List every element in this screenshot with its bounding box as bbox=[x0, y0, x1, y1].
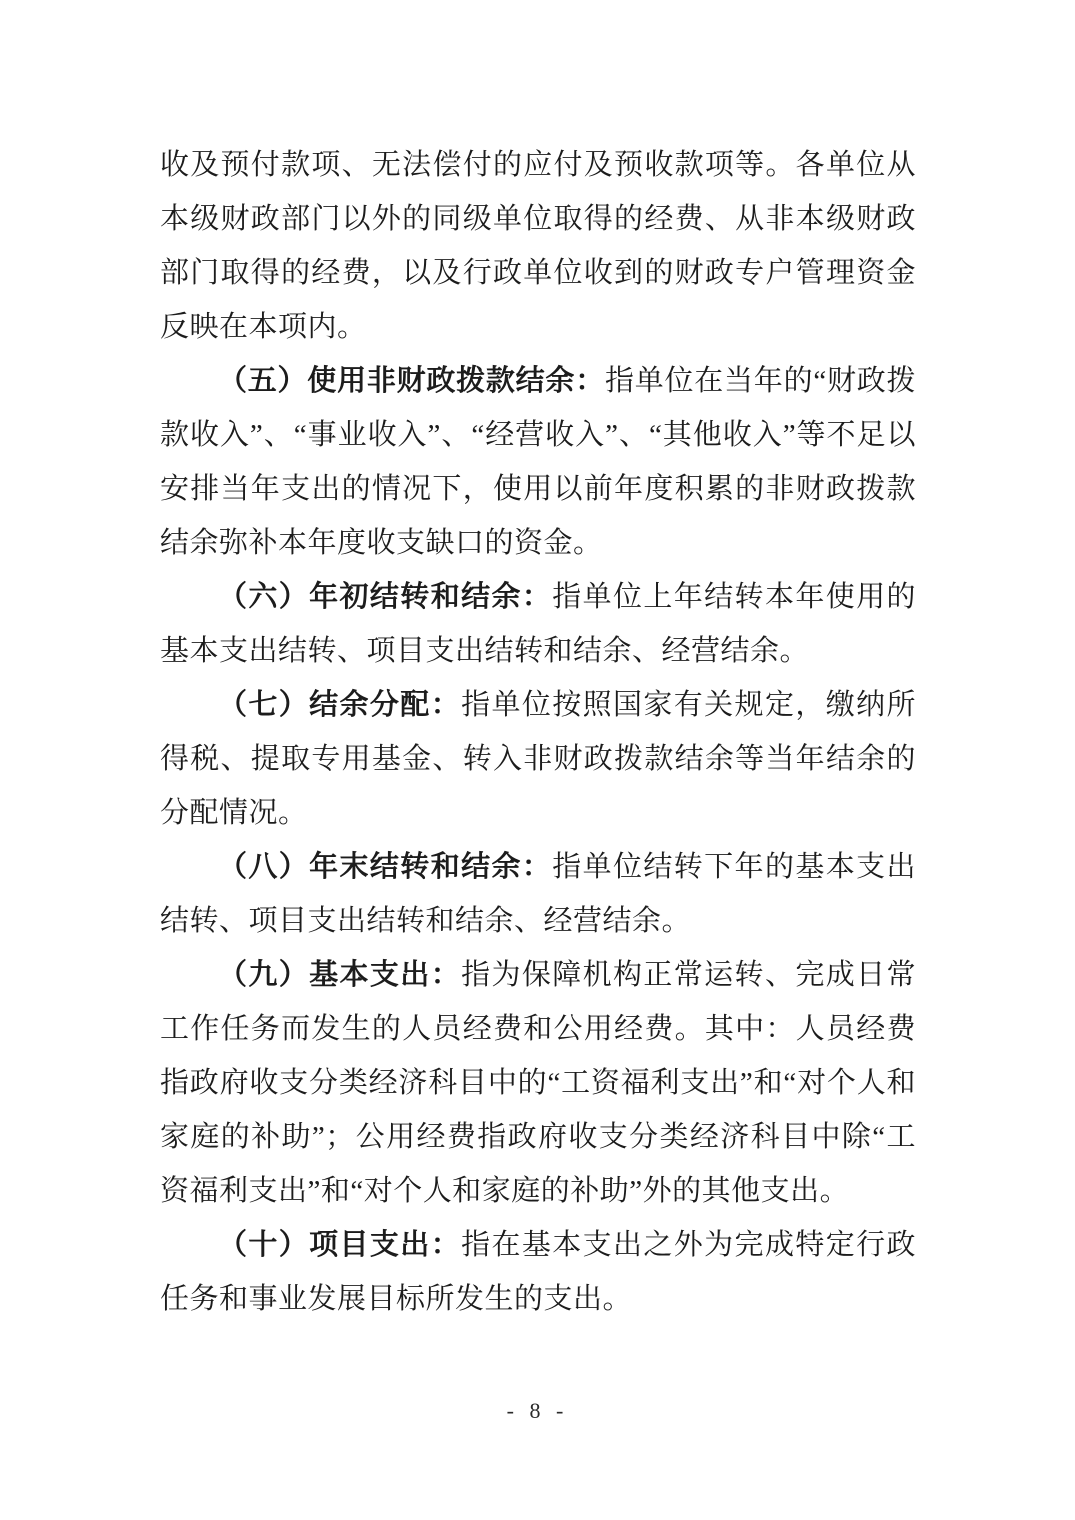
paragraph-item-6: （六）年初结转和结余：指单位上年结转本年使用的基本支出结转、项目支出结转和结余、… bbox=[160, 570, 916, 678]
paragraph-heading: （十）项目支出： bbox=[218, 1229, 461, 1261]
paragraph-item-8: （八）年末结转和结余：指单位结转下年的基本支出结转、项目支出结转和结余、经营结余… bbox=[160, 840, 916, 948]
paragraph-item-10: （十）项目支出：指在基本支出之外为完成特定行政任务和事业发展目标所发生的支出。 bbox=[160, 1218, 916, 1326]
document-body: 收及预付款项、无法偿付的应付及预收款项等。各单位从本级财政部门以外的同级单位取得… bbox=[160, 138, 916, 1326]
page-footer: - 8 - bbox=[0, 1398, 1075, 1424]
paragraph-text: 指为保障机构正常运转、完成日常工作任务而发生的人员经费和公用经费。其中：人员经费… bbox=[160, 959, 916, 1207]
paragraph-heading: （五）使用非财政拨款结余： bbox=[218, 365, 605, 397]
document-page: 收及预付款项、无法偿付的应付及预收款项等。各单位从本级财政部门以外的同级单位取得… bbox=[0, 0, 1075, 1520]
paragraph-item-9: （九）基本支出：指为保障机构正常运转、完成日常工作任务而发生的人员经费和公用经费… bbox=[160, 948, 916, 1218]
paragraph-item-5: （五）使用非财政拨款结余：指单位在当年的“财政拨款收入”、“事业收入”、“经营收… bbox=[160, 354, 916, 570]
paragraph-continuation: 收及预付款项、无法偿付的应付及预收款项等。各单位从本级财政部门以外的同级单位取得… bbox=[160, 138, 916, 354]
paragraph-heading: （七）结余分配： bbox=[218, 689, 461, 721]
paragraph-heading: （九）基本支出： bbox=[218, 959, 461, 991]
page-number: - 8 - bbox=[507, 1398, 569, 1423]
paragraph-item-7: （七）结余分配：指单位按照国家有关规定，缴纳所得税、提取专用基金、转入非财政拨款… bbox=[160, 678, 916, 840]
paragraph-heading: （六）年初结转和结余： bbox=[218, 581, 552, 613]
paragraph-heading: （八）年末结转和结余： bbox=[218, 851, 552, 883]
paragraph-text: 收及预付款项、无法偿付的应付及预收款项等。各单位从本级财政部门以外的同级单位取得… bbox=[160, 149, 916, 343]
